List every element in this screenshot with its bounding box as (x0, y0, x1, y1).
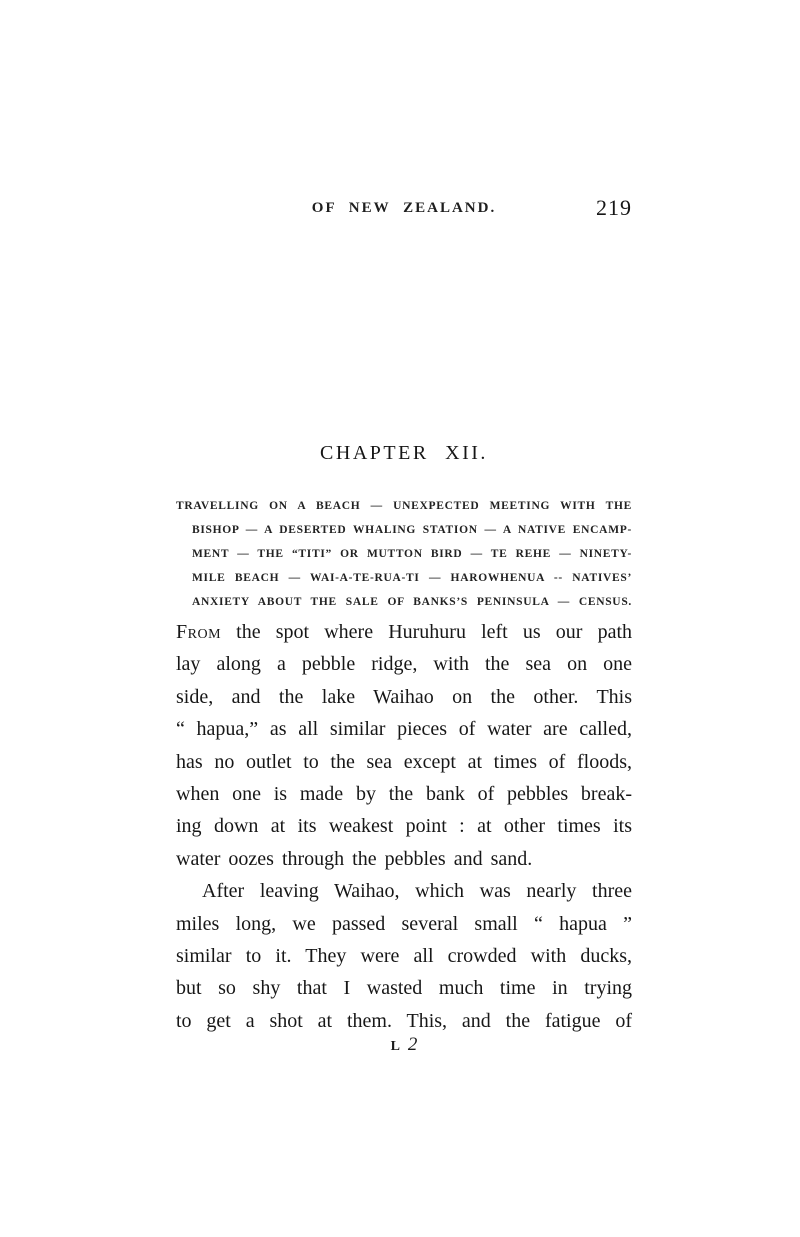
paragraph-line: water oozes through the pebbles and sand… (176, 843, 632, 875)
synopsis-line: MENT — THE “TITI” OR MUTTON BIRD — TE RE… (176, 542, 632, 566)
synopsis-line: ANXIETY ABOUT THE SALE OF BANKS’S PENINS… (176, 590, 632, 614)
paragraph-line: After leaving Waihao, which was nearly t… (176, 875, 632, 907)
chapter-synopsis: TRAVELLING ON A BEACH — UNEXPECTED MEETI… (176, 494, 632, 614)
paragraph-line-text: the spot where Huruhuru left us our path (236, 621, 632, 643)
paragraph-line: side, and the lake Waihao on the other. … (176, 681, 632, 713)
signature-number: 2 (408, 1034, 418, 1055)
body-text: From the spot where Huruhuru left us our… (176, 616, 632, 1037)
page-number: 219 (596, 195, 632, 221)
paragraph-line: similar to it. They were all crowded wit… (176, 940, 632, 972)
synopsis-line: MILE BEACH — WAI-A-TE-RUA-TI — HAROWHENU… (176, 566, 632, 590)
paragraph-line: but so shy that I wasted much time in tr… (176, 972, 632, 1004)
paragraph-line: miles long, we passed several small “ ha… (176, 908, 632, 940)
synopsis-line: TRAVELLING ON A BEACH — UNEXPECTED MEETI… (176, 494, 632, 518)
signature-mark: L2 (176, 1034, 632, 1056)
lead-word: From (176, 621, 221, 643)
paragraph-line: has no outlet to the sea except at times… (176, 746, 632, 778)
paragraph-line: lay along a pebble ridge, with the sea o… (176, 648, 632, 680)
paragraph-line: From the spot where Huruhuru left us our… (176, 616, 632, 648)
paragraph-line: ing down at its weakest point : at other… (176, 810, 632, 842)
running-title: OF NEW ZEALAND. (312, 200, 496, 216)
paragraph-line: when one is made by the bank of pebbles … (176, 778, 632, 810)
paragraph-line: “ hapua,” as all similar pieces of water… (176, 713, 632, 745)
page-header: OF NEW ZEALAND. 219 (176, 199, 632, 223)
synopsis-line: BISHOP — A DESERTED WHALING STATION — A … (176, 518, 632, 542)
paragraph-line: to get a shot at them. This, and the fat… (176, 1005, 632, 1037)
signature-letter: L (391, 1039, 401, 1054)
book-page: OF NEW ZEALAND. 219 CHAPTER XII. TRAVELL… (0, 0, 800, 1237)
chapter-heading: CHAPTER XII. (176, 442, 632, 465)
